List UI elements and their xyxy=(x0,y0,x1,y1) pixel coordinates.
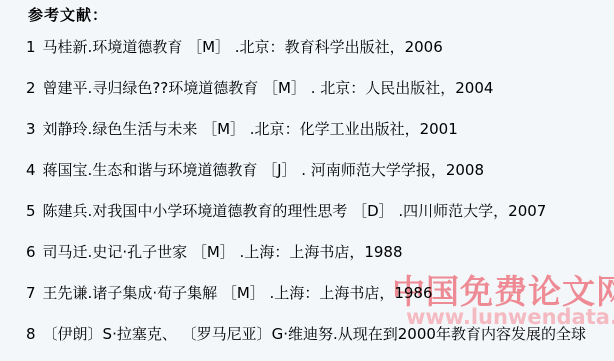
references-heading: 参考文献： xyxy=(0,0,614,23)
reference-number: 7 xyxy=(26,284,36,302)
reference-text: 陈建兵.对我国中小学环境道德教育的理性思考 ［D］ .四川师范大学，2007 xyxy=(43,200,547,221)
reference-number: 5 xyxy=(26,202,36,220)
reference-text: 刘静玲.绿色生活与未来 ［M］ .北京：化学工业出版社，2001 xyxy=(43,118,458,139)
reference-item: 8 〔伊朗〕S·拉塞克、 〔罗马尼亚〕G·维迪努.从现在到2000年教育内容发展… xyxy=(26,313,614,354)
reference-item: 5 陈建兵.对我国中小学环境道德教育的理性思考 ［D］ .四川师范大学，2007 xyxy=(26,190,614,231)
reference-item: 2 曾建平.寻归绿色??环境道德教育 ［M］ . 北京：人民出版社，2004 xyxy=(26,67,614,108)
reference-number: 2 xyxy=(26,79,36,97)
reference-item: 7 王先谦.诸子集成·荀子集解 ［M］ .上海：上海书店，1986 xyxy=(26,272,614,313)
references-page: 参考文献： 1 马桂新.环境道德教育 ［M］ .北京：教育科学出版社，2006 … xyxy=(0,0,614,361)
reference-item: 3 刘静玲.绿色生活与未来 ［M］ .北京：化学工业出版社，2001 xyxy=(26,108,614,149)
reference-number: 4 xyxy=(26,161,36,179)
reference-number: 3 xyxy=(26,120,36,138)
reference-list: 1 马桂新.环境道德教育 ［M］ .北京：教育科学出版社，2006 2 曾建平.… xyxy=(0,26,614,354)
reference-text: 〔伊朗〕S·拉塞克、 〔罗马尼亚〕G·维迪努.从现在到2000年教育内容发展的全… xyxy=(43,323,586,344)
reference-item: 1 马桂新.环境道德教育 ［M］ .北京：教育科学出版社，2006 xyxy=(26,26,614,67)
reference-number: 8 xyxy=(26,325,36,343)
reference-number: 6 xyxy=(26,243,36,261)
reference-text: 蒋国宝.生态和谐与环境道德教育 ［J］ . 河南师范大学学报，2008 xyxy=(43,159,484,180)
reference-number: 1 xyxy=(26,38,36,56)
reference-text: 曾建平.寻归绿色??环境道德教育 ［M］ . 北京：人民出版社，2004 xyxy=(43,77,494,98)
reference-text: 王先谦.诸子集成·荀子集解 ［M］ .上海：上海书店，1986 xyxy=(43,282,433,303)
reference-item: 4 蒋国宝.生态和谐与环境道德教育 ［J］ . 河南师范大学学报，2008 xyxy=(26,149,614,190)
reference-item: 6 司马迁.史记·孔子世家 ［M］ .上海：上海书店，1988 xyxy=(26,231,614,272)
reference-text: 司马迁.史记·孔子世家 ［M］ .上海：上海书店，1988 xyxy=(43,241,403,262)
reference-text: 马桂新.环境道德教育 ［M］ .北京：教育科学出版社，2006 xyxy=(43,36,443,57)
